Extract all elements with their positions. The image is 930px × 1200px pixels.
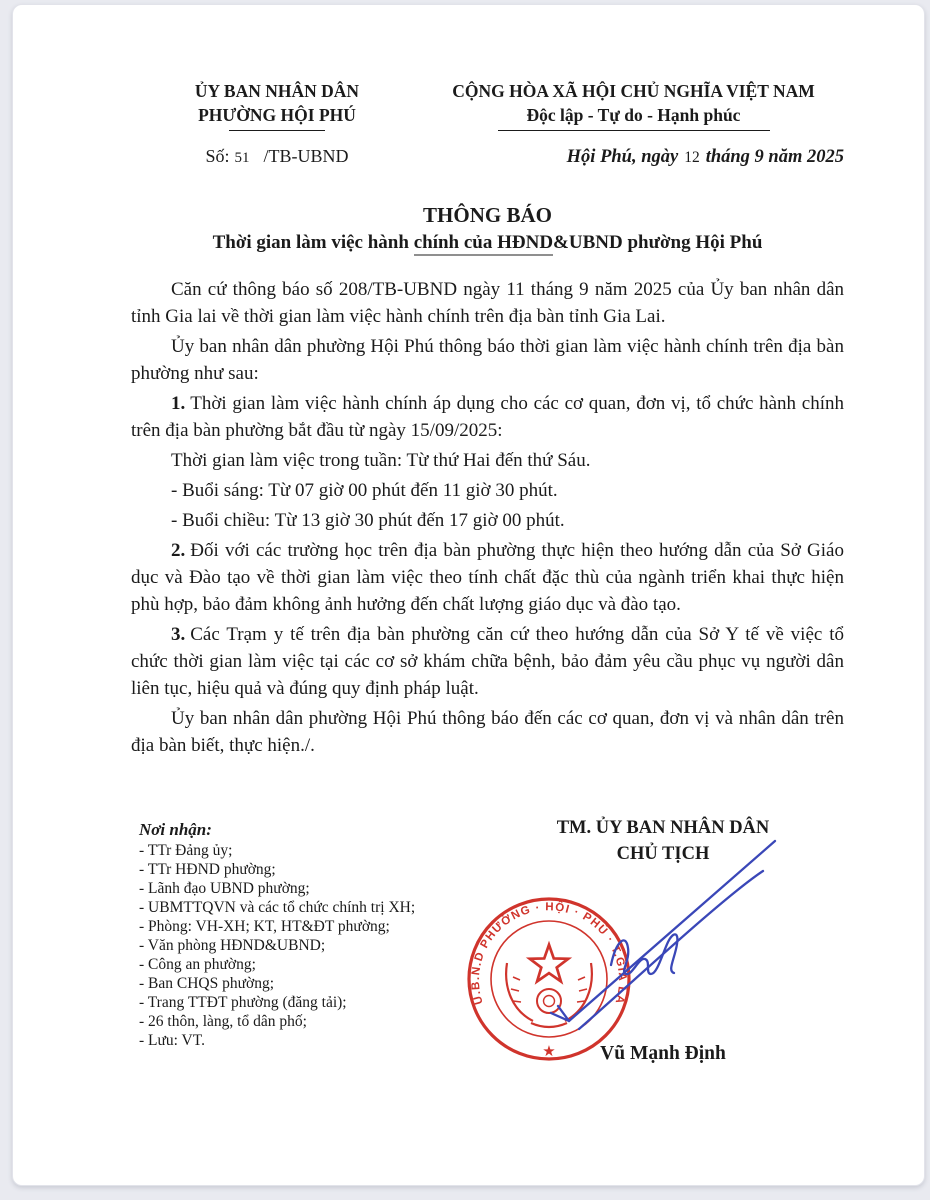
paragraph-intro: Ủy ban nhân dân phường Hội Phú thông báo… <box>131 333 844 387</box>
national-motto-block: CỘNG HÒA XÃ HỘI CHỦ NGHĨA VIỆT NAM Độc l… <box>423 79 844 131</box>
document-title: THÔNG BÁO <box>131 201 844 229</box>
issuing-authority-line1: ỦY BAN NHÂN DÂN <box>131 79 423 103</box>
screenshot-root: { "header": { "left": { "line1": "ỦY BAN… <box>0 0 930 1200</box>
recipient-item: - TTr HĐND phường; <box>139 860 469 879</box>
document-subtitle: Thời gian làm việc hành chính của HĐND&U… <box>131 229 844 256</box>
section-2-number: 2. <box>171 540 190 561</box>
issuing-authority-line2: PHƯỜNG HỘI PHÚ <box>131 103 423 127</box>
section-1-week: Thời gian làm việc trong tuần: Từ thứ Ha… <box>131 447 844 474</box>
section-1-number: 1. <box>171 393 190 414</box>
recipient-item: - Công an phường; <box>139 955 469 974</box>
recipient-item: - 26 thôn, làng, tổ dân phố; <box>139 1012 469 1031</box>
section-2-text: Đối với các trường học trên địa bàn phườ… <box>131 540 844 615</box>
subtitle-pre: Thời gian làm việc hành <box>213 232 414 253</box>
document-page: ỦY BAN NHÂN DÂN PHƯỜNG HỘI PHÚ CỘNG HÒA … <box>12 4 925 1186</box>
dateline-day: 12 <box>684 149 700 166</box>
recipients-label: Nơi nhận: <box>139 819 469 841</box>
doc-number-prefix: Số: <box>205 146 229 166</box>
document-content: ỦY BAN NHÂN DÂN PHƯỜNG HỘI PHÚ CỘNG HÒA … <box>13 5 924 759</box>
paragraph-closing: Ủy ban nhân dân phường Hội Phú thông báo… <box>131 705 844 759</box>
recipient-item: - Trang TTĐT phường (đăng tải); <box>139 993 469 1012</box>
doc-number-suffix: /TB-UBND <box>264 146 349 166</box>
recipient-item: - UBMTTQVN và các tổ chức chính trị XH; <box>139 898 469 917</box>
recipient-item: - Lưu: VT. <box>139 1031 469 1050</box>
handwritten-signature <box>513 833 913 1038</box>
national-motto: Độc lập - Tự do - Hạnh phúc <box>423 103 844 127</box>
recipient-item: - Phòng: VH-XH; KT, HT&ĐT phường; <box>139 917 469 936</box>
section-3-number: 3. <box>171 624 190 645</box>
national-title: CỘNG HÒA XÃ HỘI CHỦ NGHĨA VIỆT NAM <box>423 79 844 103</box>
authority-underline <box>229 130 325 131</box>
section-2: 2.Đối với các trường học trên địa bàn ph… <box>131 537 844 618</box>
document-dateline: Hội Phú, ngày12tháng 9 năm 2025 <box>423 147 844 168</box>
document-number: Số:51/TB-UBND <box>131 146 423 167</box>
recipient-item: - TTr Đảng ủy; <box>139 841 469 860</box>
doc-number-value: 51 <box>235 150 250 166</box>
subtitle-underlined: chính của HĐND <box>414 232 553 256</box>
section-1-morning: - Buổi sáng: Từ 07 giờ 00 phút đến 11 gi… <box>131 477 844 504</box>
recipient-item: - Văn phòng HĐND&UBND; <box>139 936 469 955</box>
recipient-item: - Lãnh đạo UBND phường; <box>139 879 469 898</box>
dateline-pre: Hội Phú, ngày <box>567 147 679 167</box>
subtitle-post: &UBND phường Hội Phú <box>553 232 762 253</box>
recipient-item: - Ban CHQS phường; <box>139 974 469 993</box>
document-meta-row: Số:51/TB-UBND Hội Phú, ngày12tháng 9 năm… <box>131 146 844 168</box>
section-3-text: Các Trạm y tế trên địa bàn phường căn cứ… <box>131 624 844 699</box>
section-1-afternoon: - Buổi chiều: Từ 13 giờ 30 phút đến 17 g… <box>131 507 844 534</box>
signer-name: Vũ Mạnh Định <box>453 1043 873 1065</box>
motto-underline <box>498 130 770 131</box>
document-header: ỦY BAN NHÂN DÂN PHƯỜNG HỘI PHÚ CỘNG HÒA … <box>131 79 844 131</box>
document-body: Căn cứ thông báo số 208/TB-UBND ngày 11 … <box>131 276 844 759</box>
recipients-block: Nơi nhận: - TTr Đảng ủy; - TTr HĐND phườ… <box>139 819 469 1050</box>
section-3: 3.Các Trạm y tế trên địa bàn phường căn … <box>131 621 844 702</box>
section-1: 1.Thời gian làm việc hành chính áp dụng … <box>131 390 844 444</box>
dateline-post: tháng 9 năm 2025 <box>706 147 844 167</box>
section-1-text: Thời gian làm việc hành chính áp dụng ch… <box>131 393 844 441</box>
title-block: THÔNG BÁO Thời gian làm việc hành chính … <box>131 201 844 256</box>
issuing-authority-block: ỦY BAN NHÂN DÂN PHƯỜNG HỘI PHÚ <box>131 79 423 131</box>
paragraph-basis: Căn cứ thông báo số 208/TB-UBND ngày 11 … <box>131 276 844 330</box>
